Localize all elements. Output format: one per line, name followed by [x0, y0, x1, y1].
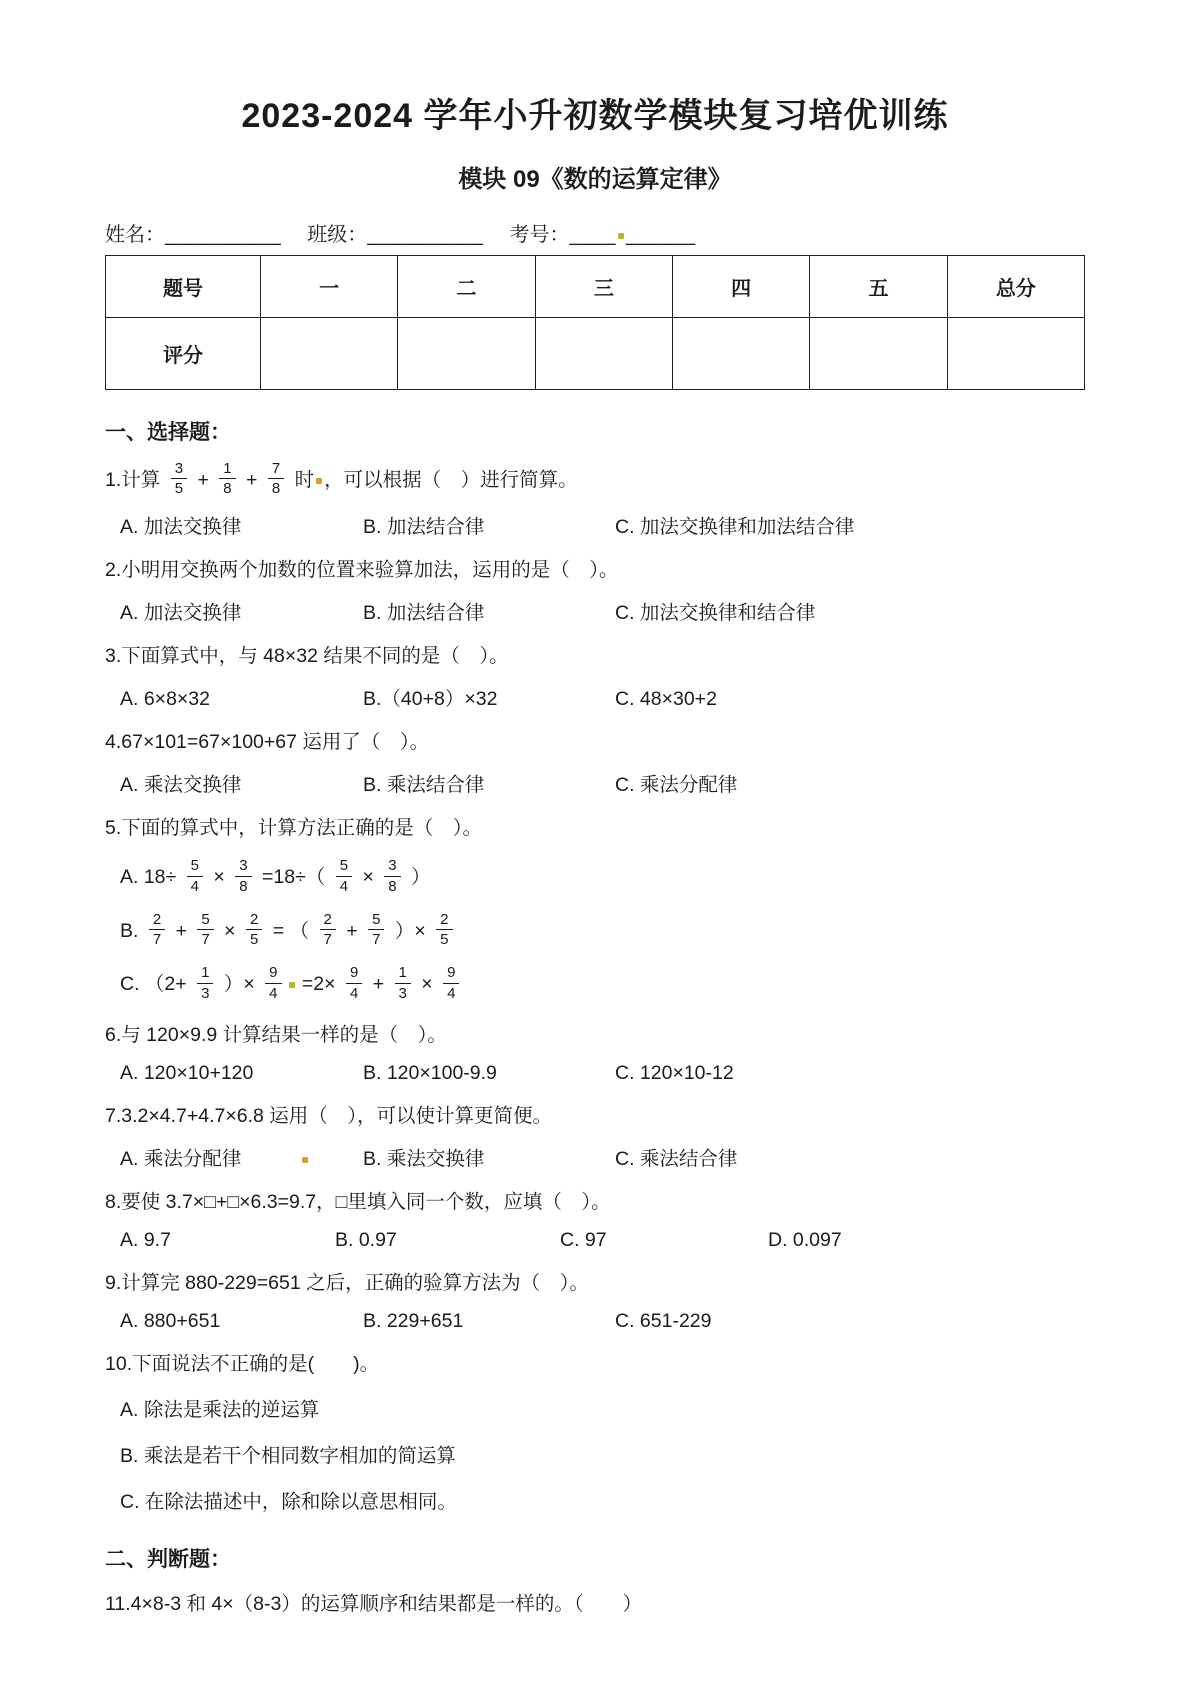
fraction: 54: [336, 857, 352, 895]
text-run: 与 120×9.9 计算结果一样的是（ ）。: [121, 1024, 447, 1046]
option-line: B. 乘法是若干个相同数字相加的简运算: [105, 1441, 1085, 1471]
option: B. 229+651: [363, 1310, 615, 1333]
question-4: 4.67×101=67×100+67 运用了（ ）。A. 乘法交换律B. 乘法结…: [105, 727, 1085, 797]
text-run: 下面的算式中，计算方法正确的是（ ）。: [121, 817, 482, 839]
text-run: C. （2+: [120, 973, 192, 995]
fraction-numerator: 2: [436, 911, 452, 930]
text-run: C. 乘法结合律: [615, 1148, 737, 1170]
text-run: A. 除法是乘法的逆运算: [120, 1399, 319, 1421]
text-run: = （: [267, 920, 314, 942]
text-run: C. 乘法分配律: [615, 774, 737, 796]
options-row: A. 加法交换律B. 加法结合律C. 加法交换律和加法结合律: [105, 511, 1085, 539]
text-run: A. 加法交换律: [120, 602, 241, 624]
name-blank: __________: [165, 224, 281, 246]
options-row: A. 880+651B. 229+651C. 651-229: [105, 1310, 1085, 1333]
text-run: A. 120×10+120: [120, 1062, 253, 1084]
text-run: =2×: [297, 973, 341, 995]
text-run: 小明用交换两个加数的位置来验算加法，运用的是（ ）。: [121, 559, 618, 581]
fraction: 94: [443, 964, 459, 1002]
speck-artifact: [316, 478, 322, 484]
fraction-denominator: 8: [223, 479, 231, 497]
fraction-denominator: 4: [447, 984, 455, 1002]
text-run: ×: [416, 973, 438, 995]
question-7: 7.3.2×4.7+4.7×6.8 运用（ ），可以使计算更简便。A. 乘法分配…: [105, 1101, 1085, 1171]
text-run: A. 18÷: [120, 866, 182, 888]
score-cell-empty: [672, 317, 809, 389]
text-run: A. 加法交换律: [120, 516, 241, 538]
fraction-denominator: 5: [440, 930, 448, 948]
text-run: B. 0.97: [335, 1229, 397, 1251]
fraction: 13: [395, 964, 411, 1002]
question-8: 8.要使 3.7×□+□×6.3=9.7，□里填入同一个数，应填（ ）。A. 9…: [105, 1187, 1085, 1252]
fraction: 27: [320, 911, 336, 949]
question-1: 1.计算 35 + 18 + 78 时，可以根据（ ）进行简算。A. 加法交换律…: [105, 462, 1085, 540]
questions-area: 一、选择题：1.计算 35 + 18 + 78 时，可以根据（ ）进行简算。A.…: [105, 416, 1085, 1619]
text-run: ）: [406, 866, 431, 888]
question-number: 3.: [105, 645, 121, 667]
text-run: 4×8-3 和 4×（8-3）的运算顺序和结果都是一样的。（ ）: [131, 1593, 642, 1615]
score-table: 题号 一 二 三 四 五 总分 评分: [105, 255, 1085, 390]
option: A. 加法交换律: [120, 511, 363, 539]
option: B.（40+8）×32: [363, 683, 615, 711]
text-run: 计算: [121, 469, 165, 491]
fraction-numerator: 5: [368, 911, 384, 930]
text-run: C. 48×30+2: [615, 688, 717, 710]
text-run: C. 加法交换律和加法结合律: [615, 516, 854, 538]
score-header-cell: 题号: [106, 255, 261, 317]
page-subtitle: 模块 09《数的运算定律》: [105, 159, 1085, 194]
option: C. 乘法结合律: [615, 1143, 737, 1171]
score-table-header-row: 题号 一 二 三 四 五 总分: [106, 255, 1085, 317]
option: B. 0.97: [335, 1229, 560, 1252]
fraction-numerator: 2: [246, 911, 262, 930]
option: C. 48×30+2: [615, 688, 717, 711]
fraction-denominator: 5: [175, 479, 183, 497]
text-run: 时: [289, 469, 314, 491]
question-number: 2.: [105, 559, 121, 581]
fraction: 94: [265, 964, 281, 1002]
class-label: 班级：: [307, 224, 367, 246]
fraction-denominator: 7: [153, 930, 161, 948]
fraction-numerator: 3: [171, 460, 187, 479]
fraction-numerator: 9: [443, 964, 459, 983]
text-run: C. 97: [560, 1229, 607, 1251]
options-row: A. 加法交换律B. 加法结合律C. 加法交换律和结合律: [105, 597, 1085, 625]
text-run: B. 加法结合律: [363, 602, 484, 624]
option: A. 9.7: [120, 1229, 335, 1252]
question-stem: 11.4×8-3 和 4×（8-3）的运算顺序和结果都是一样的。（ ）: [105, 1589, 1085, 1619]
question-3: 3.下面算式中，与 48×32 结果不同的是（ ）。A. 6×8×32B.（40…: [105, 641, 1085, 711]
score-cell-empty: [947, 317, 1084, 389]
text-run: C. 在除法描述中，除和除以意思相同。: [120, 1491, 457, 1513]
text-run: 3.2×4.7+4.7×6.8 运用（ ），可以使计算更简便。: [121, 1105, 552, 1127]
text-run: ，可以根据（ ）进行简算。: [324, 469, 578, 491]
text-run: B. 加法结合律: [363, 516, 484, 538]
fraction: 25: [436, 911, 452, 949]
score-header-cell: 五: [810, 255, 947, 317]
fraction-numerator: 1: [395, 964, 411, 983]
option: C. 651-229: [615, 1310, 711, 1333]
score-header-cell: 总分: [947, 255, 1084, 317]
option-line: A. 除法是乘法的逆运算: [105, 1395, 1085, 1425]
fraction-numerator: 9: [265, 964, 281, 983]
option-line: B. 27 + 57 × 25 = （ 27 + 57 ）× 25: [105, 913, 1085, 951]
text-run: [241, 1148, 300, 1170]
option: A. 乘法交换律: [120, 769, 363, 797]
text-run: B. 120×100-9.9: [363, 1062, 497, 1084]
text-run: D. 0.097: [768, 1229, 842, 1251]
options-row: A. 乘法分配律 B. 乘法交换律C. 乘法结合律: [105, 1143, 1085, 1171]
fraction-numerator: 2: [149, 911, 165, 930]
question-number: 1.: [105, 469, 121, 491]
option: A. 880+651: [120, 1310, 363, 1333]
text-run: +: [241, 469, 263, 491]
text-run: =18÷（: [257, 866, 331, 888]
section-heading: 一、选择题：: [105, 416, 1085, 446]
options-row: A. 9.7B. 0.97C. 97D. 0.097: [105, 1229, 1085, 1252]
question-number: 5.: [105, 817, 121, 839]
score-table-score-row: 评分: [106, 317, 1085, 389]
text-run: ×: [357, 866, 379, 888]
option: B. 120×100-9.9: [363, 1062, 615, 1085]
option: B. 加法结合律: [363, 597, 615, 625]
exam-no-blank: ____: [569, 224, 616, 246]
fraction-denominator: 8: [272, 479, 280, 497]
question-stem: 3.下面算式中，与 48×32 结果不同的是（ ）。: [105, 641, 1085, 671]
fraction-denominator: 7: [324, 930, 332, 948]
option-line: A. 18÷ 54 × 38 =18÷（ 54 × 38 ）: [105, 859, 1085, 897]
option: A. 加法交换律: [120, 597, 363, 625]
fraction-denominator: 5: [250, 930, 258, 948]
fraction-denominator: 4: [340, 877, 348, 895]
text-run: 67×101=67×100+67 运用了（ ）。: [121, 731, 429, 753]
question-stem: 5.下面的算式中，计算方法正确的是（ ）。: [105, 813, 1085, 843]
option: C. 加法交换律和结合律: [615, 597, 815, 625]
fraction-numerator: 1: [197, 964, 213, 983]
fraction: 25: [246, 911, 262, 949]
fraction-numerator: 9: [346, 964, 362, 983]
option: A. 120×10+120: [120, 1062, 363, 1085]
option: B. 乘法结合律: [363, 769, 615, 797]
fraction-denominator: 4: [191, 877, 199, 895]
name-label: 姓名：: [105, 224, 165, 246]
score-cell-empty: [810, 317, 947, 389]
option: A. 乘法分配律: [120, 1143, 363, 1171]
question-stem: 6.与 120×9.9 计算结果一样的是（ ）。: [105, 1020, 1085, 1050]
text-run: +: [341, 920, 363, 942]
score-row-label: 评分: [106, 317, 261, 389]
score-cell-empty: [261, 317, 398, 389]
fraction-denominator: 3: [399, 984, 407, 1002]
question-stem: 7.3.2×4.7+4.7×6.8 运用（ ），可以使计算更简便。: [105, 1101, 1085, 1131]
fraction: 35: [171, 460, 187, 498]
fraction: 38: [235, 857, 251, 895]
question-number: 10.: [105, 1353, 132, 1375]
text-run: B. 乘法交换律: [363, 1148, 484, 1170]
student-info-line: 姓名：__________班级：__________考号：__________: [105, 218, 1085, 247]
text-run: 要使 3.7×□+□×6.3=9.7，□里填入同一个数，应填（ ）。: [121, 1191, 610, 1213]
fraction: 27: [149, 911, 165, 949]
option: B. 加法结合律: [363, 511, 615, 539]
question-stem: 4.67×101=67×100+67 运用了（ ）。: [105, 727, 1085, 757]
options-row: A. 120×10+120B. 120×100-9.9C. 120×10-12: [105, 1062, 1085, 1085]
option: B. 乘法交换律: [363, 1143, 615, 1171]
text-run: A. 880+651: [120, 1310, 220, 1332]
text-run: B. 乘法是若干个相同数字相加的简运算: [120, 1445, 456, 1467]
question-9: 9.计算完 880-229=651 之后，正确的验算方法为（ ）。A. 880+…: [105, 1268, 1085, 1333]
options-row: A. 乘法交换律B. 乘法结合律C. 乘法分配律: [105, 769, 1085, 797]
fraction-numerator: 2: [320, 911, 336, 930]
text-run: +: [170, 920, 192, 942]
fraction-denominator: 8: [388, 877, 396, 895]
question-stem: 2.小明用交换两个加数的位置来验算加法，运用的是（ ）。: [105, 555, 1085, 585]
page-title: 2023-2024 学年小升初数学模块复习培优训练: [105, 96, 1085, 137]
exam-no-blank: ______: [626, 224, 696, 246]
option-line: C. （2+ 13 ）× 94 =2× 94 + 13 × 94: [105, 966, 1085, 1004]
score-header-cell: 三: [535, 255, 672, 317]
question-6: 6.与 120×9.9 计算结果一样的是（ ）。A. 120×10+120B. …: [105, 1020, 1085, 1085]
text-run: ×: [219, 920, 241, 942]
question-stem: 8.要使 3.7×□+□×6.3=9.7，□里填入同一个数，应填（ ）。: [105, 1187, 1085, 1217]
question-11: 11.4×8-3 和 4×（8-3）的运算顺序和结果都是一样的。（ ）: [105, 1589, 1085, 1619]
exam-page: 2023-2024 学年小升初数学模块复习培优训练 模块 09《数的运算定律》 …: [0, 0, 1191, 1684]
text-run: C. 加法交换律和结合律: [615, 602, 815, 624]
score-cell-empty: [535, 317, 672, 389]
fraction-denominator: 3: [201, 984, 209, 1002]
fraction-denominator: 4: [350, 984, 358, 1002]
fraction: 54: [187, 857, 203, 895]
question-number: 4.: [105, 731, 121, 753]
exam-no-label: 考号：: [509, 224, 569, 246]
text-run: 下面算式中，与 48×32 结果不同的是（ ）。: [121, 645, 508, 667]
question-stem: 1.计算 35 + 18 + 78 时，可以根据（ ）进行简算。: [105, 462, 1085, 500]
speck-artifact: [302, 1157, 308, 1163]
option: A. 6×8×32: [120, 688, 363, 711]
text-run: C. 120×10-12: [615, 1062, 734, 1084]
text-run: +: [192, 469, 214, 491]
text-run: B.（40+8）×32: [363, 688, 497, 710]
fraction-denominator: 7: [372, 930, 380, 948]
text-run: B.: [120, 920, 144, 942]
options-row: A. 6×8×32B.（40+8）×32C. 48×30+2: [105, 683, 1085, 711]
option: C. 乘法分配律: [615, 769, 737, 797]
question-stem: 10.下面说法不正确的是( )。: [105, 1349, 1085, 1379]
text-run: ×: [208, 866, 230, 888]
text-run: 计算完 880-229=651 之后，正确的验算方法为（ ）。: [121, 1272, 589, 1294]
fraction-numerator: 3: [235, 857, 251, 876]
text-run: B. 乘法结合律: [363, 774, 484, 796]
question-10: 10.下面说法不正确的是( )。A. 除法是乘法的逆运算B. 乘法是若干个相同数…: [105, 1349, 1085, 1517]
question-number: 6.: [105, 1024, 121, 1046]
text-run: C. 651-229: [615, 1310, 711, 1332]
fraction: 18: [219, 460, 235, 498]
fraction-numerator: 5: [197, 911, 213, 930]
option: C. 120×10-12: [615, 1062, 734, 1085]
text-run: ）×: [218, 973, 260, 995]
text-run: A. 乘法分配律: [120, 1148, 241, 1170]
fraction: 57: [368, 911, 384, 949]
option: C. 加法交换律和加法结合律: [615, 511, 854, 539]
fraction-numerator: 7: [268, 460, 284, 479]
text-run: A. 6×8×32: [120, 688, 210, 710]
option-line: C. 在除法描述中，除和除以意思相同。: [105, 1487, 1085, 1517]
fraction-numerator: 5: [187, 857, 203, 876]
text-run: A. 9.7: [120, 1229, 171, 1251]
fraction-denominator: 4: [269, 984, 277, 1002]
speck-artifact: [618, 233, 624, 239]
question-number: 9.: [105, 1272, 121, 1294]
question-number: 7.: [105, 1105, 121, 1127]
score-header-cell: 一: [261, 255, 398, 317]
fraction-numerator: 5: [336, 857, 352, 876]
question-2: 2.小明用交换两个加数的位置来验算加法，运用的是（ ）。A. 加法交换律B. 加…: [105, 555, 1085, 625]
fraction-numerator: 3: [384, 857, 400, 876]
question-stem: 9.计算完 880-229=651 之后，正确的验算方法为（ ）。: [105, 1268, 1085, 1298]
option: C. 97: [560, 1229, 768, 1252]
question-number: 11.: [105, 1593, 131, 1615]
question-number: 8.: [105, 1191, 121, 1213]
fraction: 57: [197, 911, 213, 949]
fraction-denominator: 8: [239, 877, 247, 895]
fraction: 13: [197, 964, 213, 1002]
text-run: +: [367, 973, 389, 995]
fraction: 94: [346, 964, 362, 1002]
fraction-numerator: 1: [219, 460, 235, 479]
fraction-denominator: 7: [201, 930, 209, 948]
class-blank: __________: [367, 224, 483, 246]
page-content: 2023-2024 学年小升初数学模块复习培优训练 模块 09《数的运算定律》 …: [0, 0, 1191, 1619]
section-heading: 二、判断题：: [105, 1543, 1085, 1573]
score-header-cell: 四: [672, 255, 809, 317]
score-header-cell: 二: [398, 255, 535, 317]
text-run: ）×: [389, 920, 431, 942]
text-run: A. 乘法交换律: [120, 774, 241, 796]
fraction: 38: [384, 857, 400, 895]
question-5: 5.下面的算式中，计算方法正确的是（ ）。A. 18÷ 54 × 38 =18÷…: [105, 813, 1085, 1004]
option: D. 0.097: [768, 1229, 842, 1252]
score-cell-empty: [398, 317, 535, 389]
text-run: B. 229+651: [363, 1310, 463, 1332]
fraction: 78: [268, 460, 284, 498]
speck-artifact: [289, 982, 295, 988]
text-run: 下面说法不正确的是( )。: [132, 1353, 379, 1375]
